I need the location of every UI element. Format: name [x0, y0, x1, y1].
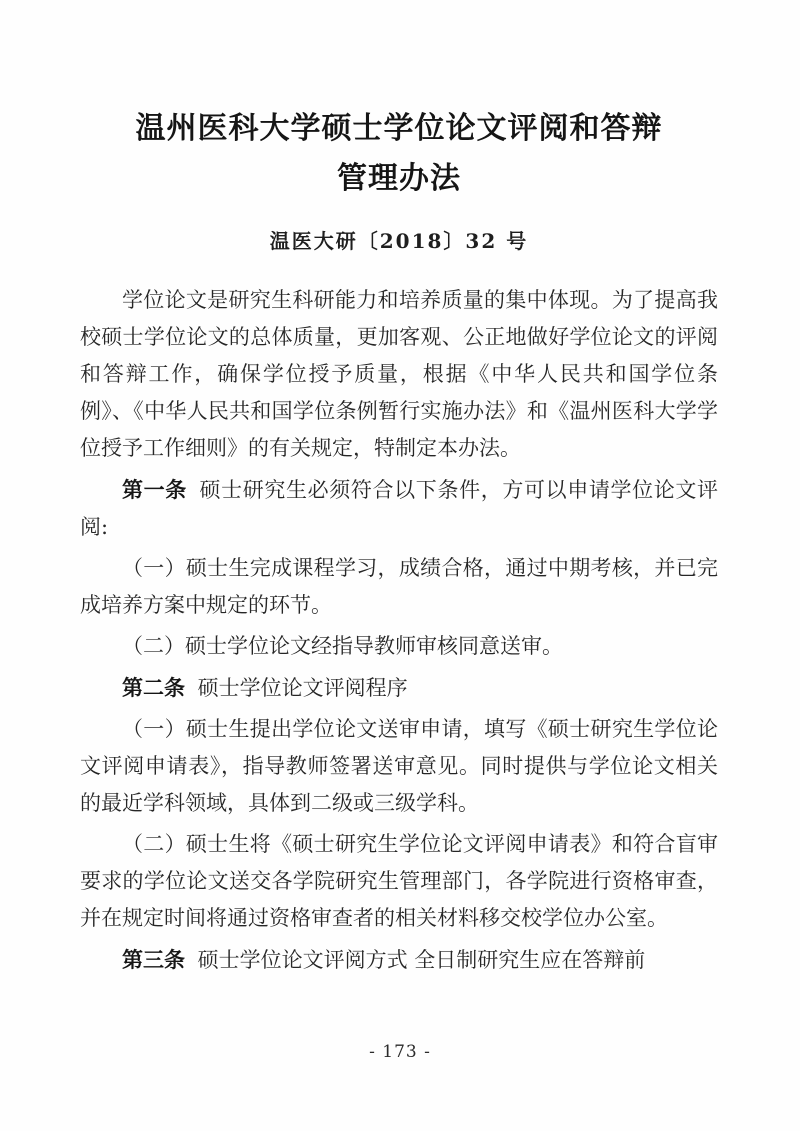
paragraph-article-3: 第三条硕士学位论文评阅方式 全日制研究生应在答辩前	[80, 941, 718, 979]
document-title: 温州医科大学硕士学位论文评阅和答辩 管理办法	[80, 104, 718, 204]
paragraph-text: （一）硕士生提出学位论文送审申请，填写《硕士研究生学位论文评阅申请表》，指导教师…	[80, 717, 718, 815]
document-page: 温州医科大学硕士学位论文评阅和答辩 管理办法 温医大研〔2018〕32 号 学位…	[0, 0, 800, 1131]
document-title-line2: 管理办法	[337, 161, 461, 196]
paragraph-text: （二）硕士学位论文经指导教师审核同意送审。	[122, 634, 563, 658]
document-body: 学位论文是研究生科研能力和培养质量的集中体现。为了提高我校硕士学位论文的总体质量…	[80, 282, 718, 979]
article-lead: 第一条	[122, 477, 187, 502]
paragraph-article-2-item-2: （二）硕士生将《硕士研究生学位论文评阅申请表》和符合盲审要求的学位论文送交各学院…	[80, 826, 718, 937]
paragraph-article-2: 第二条硕士学位论文评阅程序	[80, 669, 718, 707]
paragraph-text: （一）硕士生完成课程学习，成绩合格，通过中期考核，并已完成培养方案中规定的环节。	[80, 556, 718, 617]
paragraph-article-1-item-1: （一）硕士生完成课程学习，成绩合格，通过中期考核，并已完成培养方案中规定的环节。	[80, 550, 718, 624]
paragraph-text: 硕士学位论文评阅程序	[198, 676, 408, 700]
article-lead: 第二条	[122, 675, 185, 700]
paragraph-article-2-item-1: （一）硕士生提出学位论文送审申请，填写《硕士研究生学位论文评阅申请表》，指导教师…	[80, 711, 718, 822]
paragraph-article-1: 第一条硕士研究生必须符合以下条件，方可以申请学位论文评阅:	[80, 471, 718, 546]
document-content: 温州医科大学硕士学位论文评阅和答辩 管理办法 温医大研〔2018〕32 号 学位…	[0, 104, 800, 979]
document-title-line1: 温州医科大学硕士学位论文评阅和答辩	[136, 111, 663, 146]
article-lead: 第三条	[122, 947, 185, 972]
page-number: - 173 -	[0, 1042, 800, 1062]
paragraph-article-1-item-2: （二）硕士学位论文经指导教师审核同意送审。	[80, 628, 718, 665]
paragraph-intro: 学位论文是研究生科研能力和培养质量的集中体现。为了提高我校硕士学位论文的总体质量…	[80, 282, 718, 467]
paragraph-text: （二）硕士生将《硕士研究生学位论文评阅申请表》和符合盲审要求的学位论文送交各学院…	[80, 832, 718, 930]
paragraph-text: 学位论文是研究生科研能力和培养质量的集中体现。为了提高我校硕士学位论文的总体质量…	[80, 288, 718, 460]
document-number: 温医大研〔2018〕32 号	[80, 228, 718, 254]
paragraph-text: 硕士学位论文评阅方式 全日制研究生应在答辩前	[198, 948, 646, 972]
